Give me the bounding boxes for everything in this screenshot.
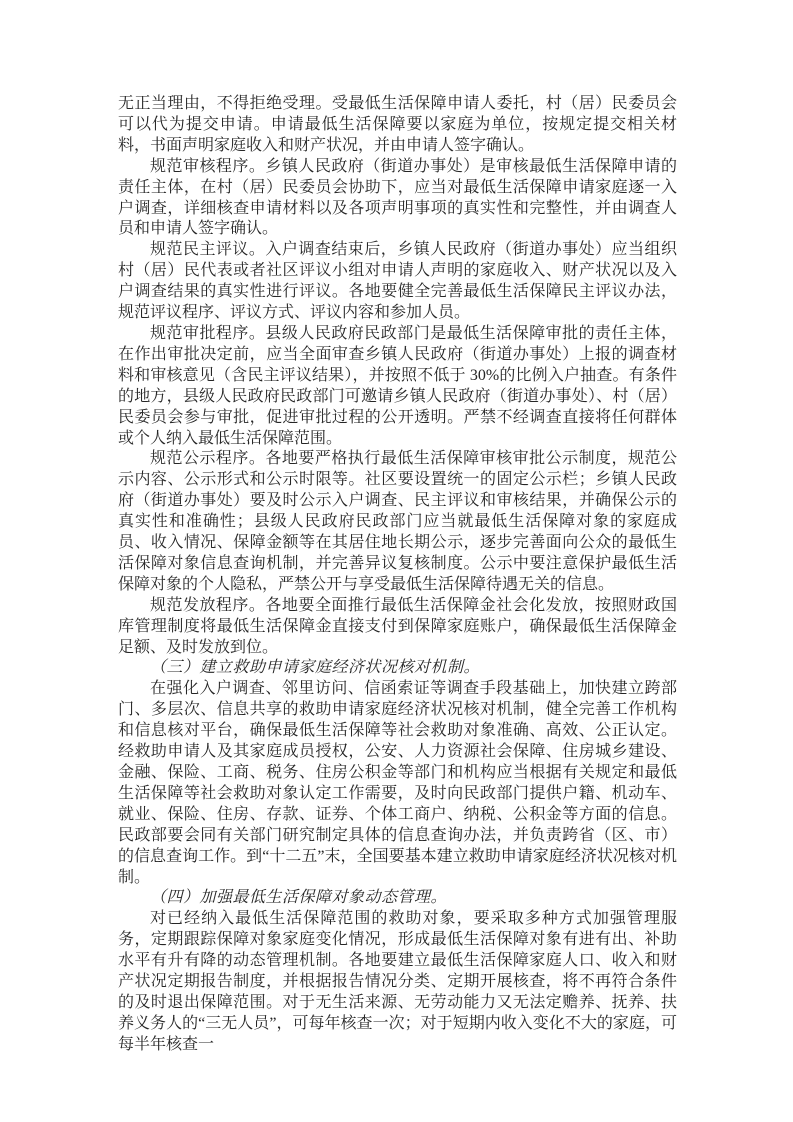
paragraph: 规范公示程序。各地要严格执行最低生活保障审核审批公示制度，规范公示内容、公示形式… bbox=[118, 449, 677, 595]
paragraph: 无正当理由，不得拒绝受理。受最低生活保障申请人委托，村（居）民委员会可以代为提交… bbox=[118, 94, 677, 157]
paragraph: 规范审核程序。乡镇人民政府（街道办事处）是审核最低生活保障申请的责任主体，在村（… bbox=[118, 157, 677, 241]
paragraph: 规范民主评议。入户调查结束后，乡镇人民政府（街道办事处）应当组织村（居）民代表或… bbox=[118, 240, 677, 324]
paragraph: 在强化入户调查、邻里访问、信函索证等调查手段基础上，加快建立跨部门、多层次、信息… bbox=[118, 679, 677, 888]
section-heading: （三）建立救助申请家庭经济状况核对机制。 bbox=[118, 658, 677, 679]
paragraph: 规范审批程序。县级人民政府民政部门是最低生活保障审批的责任主体，在作出审批决定前… bbox=[118, 324, 677, 449]
paragraph: 对已经纳入最低生活保障范围的救助对象，要采取多种方式加强管理服务，定期跟踪保障对… bbox=[118, 909, 677, 1055]
document-text-block: 无正当理由，不得拒绝受理。受最低生活保障申请人委托，村（居）民委员会可以代为提交… bbox=[118, 94, 677, 1056]
section-heading: （四）加强最低生活保障对象动态管理。 bbox=[118, 888, 677, 909]
document-page: 无正当理由，不得拒绝受理。受最低生活保障申请人委托，村（居）民委员会可以代为提交… bbox=[0, 0, 793, 1122]
paragraph: 规范发放程序。各地要全面推行最低生活保障金社会化发放，按照财政国库管理制度将最低… bbox=[118, 596, 677, 659]
